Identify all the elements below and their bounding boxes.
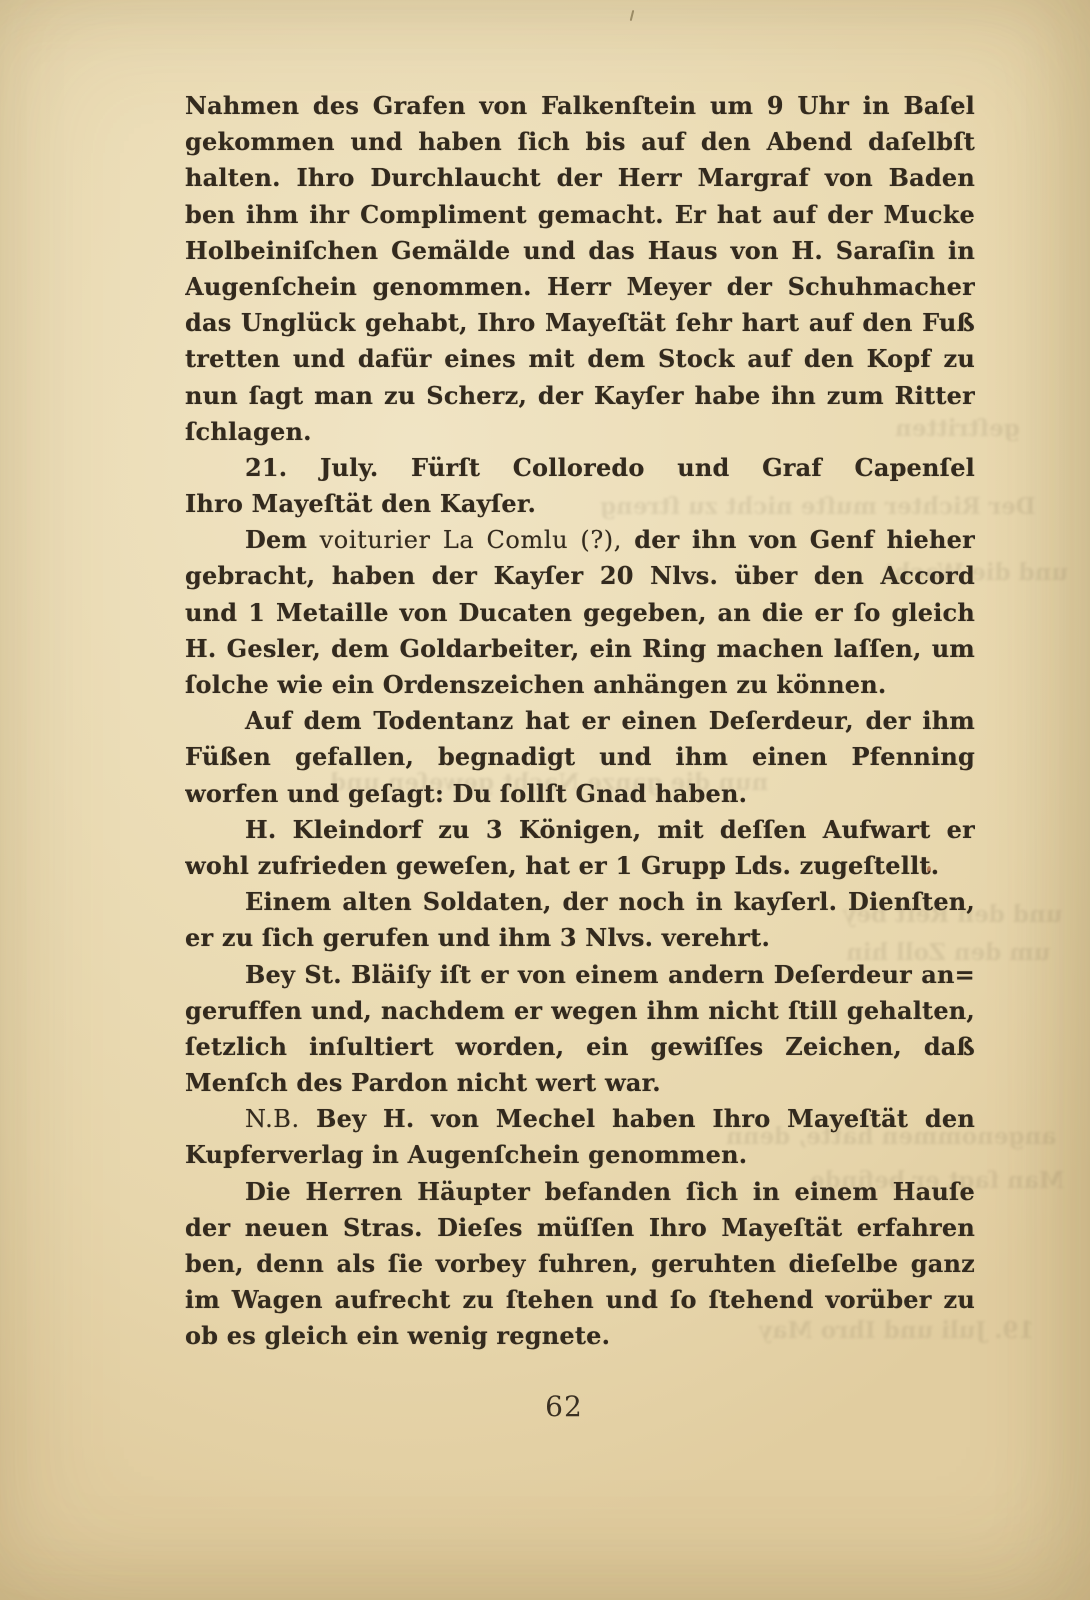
text-line: Bey St. Bläiſy iſt er von einem andern D… bbox=[185, 957, 975, 993]
text-line: im Wagen aufrecht zu ſtehen und ſo ſtehe… bbox=[185, 1282, 975, 1318]
text-line: ob es gleich ein wenig regnete. bbox=[185, 1318, 975, 1354]
text-line: H. Gesler, dem Goldarbeiter, ein Ring ma… bbox=[185, 631, 975, 667]
text-line: Holbeiniſchen Gemälde und das Haus von H… bbox=[185, 233, 975, 269]
text-line: ben, denn als ſie vorbey fuhren, geruhte… bbox=[185, 1246, 975, 1282]
fraktur-segment: Dem bbox=[245, 525, 320, 554]
text-line: er zu ſich gerufen und ihm 3 Nlvs. vereh… bbox=[185, 920, 975, 956]
text-line: Dem voiturier La Comlu (?), der ihn von … bbox=[185, 522, 975, 558]
text-line: Kupferverlag in Augenſchein genommen. bbox=[185, 1137, 975, 1173]
text-line: Die Herren Häupter befanden ſich in eine… bbox=[185, 1174, 975, 1210]
text-line: H. Kleindorf zu 3 Königen, mit deſſen Au… bbox=[185, 812, 975, 848]
text-line: der neuen Stras. Dieſes müſſen Ihro Maye… bbox=[185, 1210, 975, 1246]
text-line: gekommen und haben ſich bis auf den Aben… bbox=[185, 124, 975, 160]
text-line: Nahmen des Grafen von Falkenſtein um 9 U… bbox=[185, 88, 975, 124]
text-line: nun ſagt man zu Scherz, der Kayſer habe … bbox=[185, 378, 975, 414]
text-line: ſolche wie ein Ordenszeichen anhängen zu… bbox=[185, 667, 975, 703]
text-line: das Unglück gehabt, Ihro Mayeſtät ſehr h… bbox=[185, 305, 975, 341]
text-line: Auf dem Todentanz hat er einen Deſerdeur… bbox=[185, 703, 975, 739]
text-line: ſetzlich inſultiert worden, ein gewiſſes… bbox=[185, 1029, 975, 1065]
text-line: gebracht, haben der Kayſer 20 Nlvs. über… bbox=[185, 558, 975, 594]
text-line: ſchlagen. bbox=[185, 414, 975, 450]
text-line: und 1 Metaille von Ducaten gegeben, an d… bbox=[185, 595, 975, 631]
antiqua-segment: N.B. bbox=[245, 1105, 316, 1133]
text-line: ben ihm ihr Compliment gemacht. Er hat a… bbox=[185, 197, 975, 233]
antiqua-segment: voiturier La Comlu (?), bbox=[320, 526, 635, 554]
text-line: Füßen gefallen, begnadigt und ihm einen … bbox=[185, 739, 975, 775]
text-line: halten. Ihro Durchlaucht der Herr Margra… bbox=[185, 160, 975, 196]
fraktur-segment: Bey H. von Mechel haben Ihro Mayeſtät de… bbox=[316, 1104, 975, 1133]
body-text-column: Nahmen des Grafen von Falkenſtein um 9 U… bbox=[185, 88, 975, 1355]
text-line: tretten und dafür eines mit dem Stock au… bbox=[185, 341, 975, 377]
text-line: worfen und geſagt: Du ſollſt Gnad haben. bbox=[185, 776, 975, 812]
fraktur-segment: der ihn von Genf hieher bbox=[634, 525, 975, 554]
page-number: 62 bbox=[169, 1390, 959, 1423]
text-line: Ihro Mayeſtät den Kayſer. bbox=[185, 486, 975, 522]
text-line: wohl zufrieden geweſen, hat er 1 Grupp L… bbox=[185, 848, 975, 884]
text-line: Menſch des Pardon nicht wert war. bbox=[185, 1065, 975, 1101]
text-line: Einem alten Soldaten, der noch in kayſer… bbox=[185, 884, 975, 920]
paper-fiber-speck bbox=[630, 10, 635, 21]
scanned-book-page: geſtritten Der Richter muſte nicht zu ſt… bbox=[0, 0, 1090, 1600]
text-line: geruffen und, nachdem er wegen ihm nicht… bbox=[185, 993, 975, 1029]
text-line: 21. July. Fürſt Colloredo und Graf Capen… bbox=[185, 450, 975, 486]
text-line: Augenſchein genommen. Herr Meyer der Sch… bbox=[185, 269, 975, 305]
text-line: N.B. Bey H. von Mechel haben Ihro Mayeſt… bbox=[185, 1101, 975, 1137]
